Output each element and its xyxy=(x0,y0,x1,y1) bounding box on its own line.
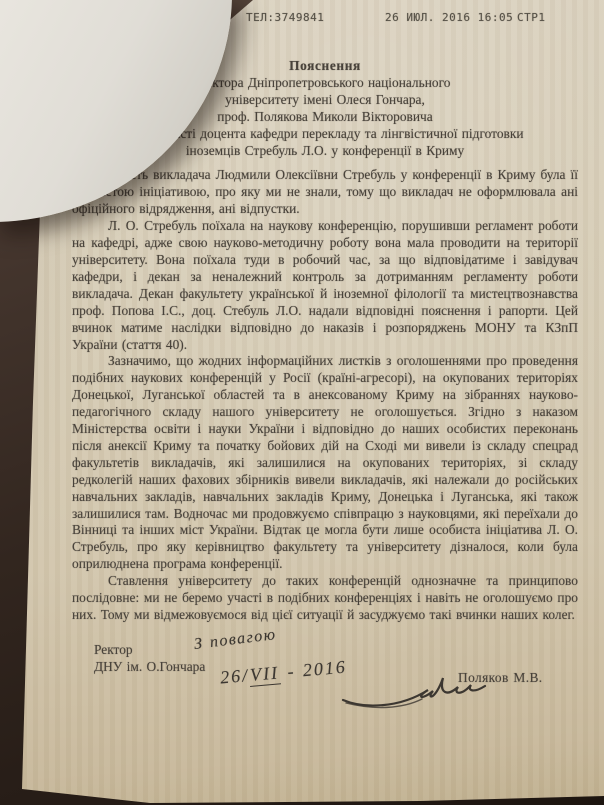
fax-page-number: СТР1 xyxy=(517,11,546,24)
fax-datetime: 26 ИЮЛ. 2016 16:05 xyxy=(385,11,513,24)
paragraph-3: Зазначимо, що жодних інформаційних листк… xyxy=(72,353,578,573)
signatory-role: Ректор xyxy=(94,642,133,659)
signature-block: Ректор ДНУ ім. О.Гончара З повагою 26/VI… xyxy=(72,636,578,766)
handwritten-date-month: VII xyxy=(248,662,281,687)
handwritten-greeting: З повагою xyxy=(193,627,277,654)
signer-name: Поляков М.В. xyxy=(458,670,543,687)
photo-scene: ТЕЛ:3749841 26 ИЮЛ. 2016 16:05 СТР1 Пояс… xyxy=(0,0,604,805)
handwritten-date-year: - 2016 xyxy=(279,656,347,682)
paragraph-1: Участь викладача Людмили Олексіївни Стре… xyxy=(72,167,578,218)
signatory-organization: ДНУ ім. О.Гончара xyxy=(94,659,205,676)
fax-phone: ТЕЛ:3749841 xyxy=(246,11,324,24)
paragraph-4: Ставлення університету до таких конферен… xyxy=(72,573,578,624)
handwritten-date: 26/VII - 2016 xyxy=(220,658,348,686)
handwritten-date-day: 26/ xyxy=(219,665,250,687)
paragraph-2: Л. О. Стребуль поїхала на наукову конфер… xyxy=(72,218,578,353)
